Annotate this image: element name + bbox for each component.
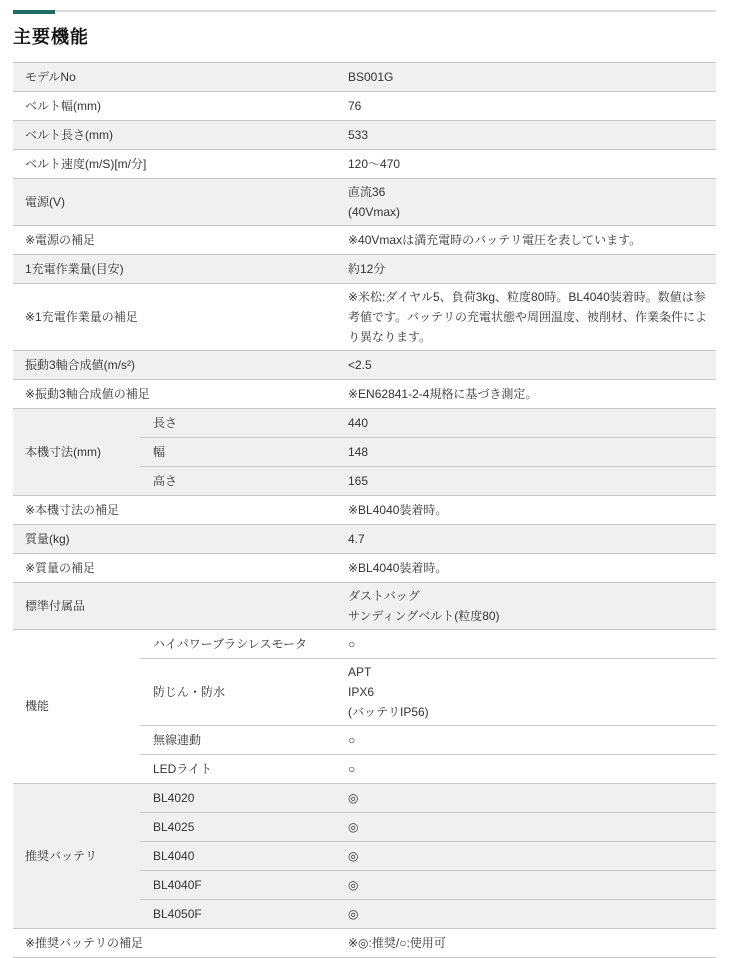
title-rule-gray-line bbox=[13, 10, 716, 12]
row-value-line: 165 bbox=[348, 471, 708, 491]
row-label: ※電源の補足 bbox=[13, 226, 348, 254]
spec-row: モデルNoBS001G bbox=[13, 62, 716, 91]
row-value: 148 bbox=[348, 438, 716, 466]
spec-row: ※電源の補足※40Vmaxは満充電時のバッテリ電圧を表しています。 bbox=[13, 225, 716, 254]
spec-row: ※本機寸法の補足※BL4040装着時。 bbox=[13, 495, 716, 524]
row-value-line: 4.7 bbox=[348, 529, 708, 549]
row-value-line: ※◎:推奨/○:使用可 bbox=[348, 933, 708, 953]
row-label: ※振動3軸合成値の補足 bbox=[13, 380, 348, 408]
spec-row: ※質量の補足※BL4040装着時。 bbox=[13, 553, 716, 582]
row-value-line: 120〜470 bbox=[348, 154, 708, 174]
spec-subrow: BL4025◎ bbox=[140, 812, 716, 841]
row-value-line: 440 bbox=[348, 413, 708, 433]
subrow-label: 幅 bbox=[140, 438, 348, 466]
spec-row: ベルト速度(m/S)[m/分]120〜470 bbox=[13, 149, 716, 178]
row-label: ベルト長さ(mm) bbox=[13, 121, 348, 149]
row-value-line: <2.5 bbox=[348, 355, 708, 375]
spec-row: 振動3軸合成値(m/s²)<2.5 bbox=[13, 350, 716, 379]
subrow-label: BL4040F bbox=[140, 871, 348, 899]
row-value-line: ※40Vmaxは満充電時のバッテリ電圧を表しています。 bbox=[348, 230, 708, 250]
subrow-label: 高さ bbox=[140, 467, 348, 495]
subrow-label: BL4020 bbox=[140, 784, 348, 812]
spec-subrow: BL4040◎ bbox=[140, 841, 716, 870]
row-value-line: IPX6 bbox=[348, 682, 708, 702]
row-value-line: 148 bbox=[348, 442, 708, 462]
row-value-line: ○ bbox=[348, 759, 708, 779]
spec-page: 主要機能 モデルNoBS001Gベルト幅(mm)76ベルト長さ(mm)533ベル… bbox=[0, 10, 729, 958]
row-value: 165 bbox=[348, 467, 716, 495]
spec-row: 機能ハイパワーブラシレスモータ○防じん・防水APTIPX6(バッテリIP56)無… bbox=[13, 629, 716, 783]
row-value-line: ※米松:ダイヤル5、負荷3kg、粒度80時。BL4040装着時。数値は参考値です… bbox=[348, 287, 708, 347]
row-value: ※◎:推奨/○:使用可 bbox=[348, 929, 716, 957]
row-value-line: サンディングベルト(粒度80) bbox=[348, 606, 708, 626]
spec-row: ベルト幅(mm)76 bbox=[13, 91, 716, 120]
row-label: 標準付属品 bbox=[13, 583, 348, 629]
row-value: 120〜470 bbox=[348, 150, 716, 178]
row-value-line: ◎ bbox=[348, 788, 708, 808]
row-value: ※BL4040装着時。 bbox=[348, 554, 716, 582]
row-value-line: APT bbox=[348, 662, 708, 682]
spec-subrow: 防じん・防水APTIPX6(バッテリIP56) bbox=[140, 658, 716, 725]
row-value: APTIPX6(バッテリIP56) bbox=[348, 659, 716, 725]
row-value: 直流36(40Vmax) bbox=[348, 179, 716, 225]
row-label: ※質量の補足 bbox=[13, 554, 348, 582]
row-value: BS001G bbox=[348, 63, 716, 91]
row-value-line: ◎ bbox=[348, 875, 708, 895]
spec-subrow: 長さ440 bbox=[140, 409, 716, 437]
row-value-line: 533 bbox=[348, 125, 708, 145]
row-label: 本機寸法(mm) bbox=[13, 409, 140, 495]
subrows: BL4020◎BL4025◎BL4040◎BL4040F◎BL4050F◎ bbox=[140, 784, 716, 928]
spec-subrow: BL4040F◎ bbox=[140, 870, 716, 899]
subrow-label: BL4025 bbox=[140, 813, 348, 841]
row-value: ◎ bbox=[348, 813, 716, 841]
row-value-line: ◎ bbox=[348, 904, 708, 924]
row-value: ※40Vmaxは満充電時のバッテリ電圧を表しています。 bbox=[348, 226, 716, 254]
spec-row: ※1充電作業量の補足※米松:ダイヤル5、負荷3kg、粒度80時。BL4040装着… bbox=[13, 283, 716, 350]
row-value-line: 約12分 bbox=[348, 259, 708, 279]
row-label: 推奨バッテリ bbox=[13, 784, 140, 928]
title-rule bbox=[13, 10, 716, 14]
row-value-line: (バッテリIP56) bbox=[348, 702, 708, 722]
row-label: 1充電作業量(目安) bbox=[13, 255, 348, 283]
row-value: ○ bbox=[348, 726, 716, 754]
row-value: 76 bbox=[348, 92, 716, 120]
spec-subrow: BL4020◎ bbox=[140, 784, 716, 812]
spec-row: 標準付属品ダストバッグサンディングベルト(粒度80) bbox=[13, 582, 716, 629]
subrow-label: BL4050F bbox=[140, 900, 348, 928]
row-value-line: ダストバッグ bbox=[348, 586, 708, 606]
spec-row: 推奨バッテリBL4020◎BL4025◎BL4040◎BL4040F◎BL405… bbox=[13, 783, 716, 928]
spec-subrow: 無線連動○ bbox=[140, 725, 716, 754]
spec-subrow: LEDライト○ bbox=[140, 754, 716, 783]
subrow-label: 長さ bbox=[140, 409, 348, 437]
spec-subrow: ハイパワーブラシレスモータ○ bbox=[140, 630, 716, 658]
spec-table: モデルNoBS001Gベルト幅(mm)76ベルト長さ(mm)533ベルト速度(m… bbox=[13, 62, 716, 958]
subrow-label: LEDライト bbox=[140, 755, 348, 783]
row-value: ※EN62841-2-4規格に基づき測定。 bbox=[348, 380, 716, 408]
spec-row: 1充電作業量(目安)約12分 bbox=[13, 254, 716, 283]
spec-row: 質量(kg)4.7 bbox=[13, 524, 716, 553]
row-value: 533 bbox=[348, 121, 716, 149]
subrow-label: 防じん・防水 bbox=[140, 659, 348, 725]
row-value: ※米松:ダイヤル5、負荷3kg、粒度80時。BL4040装着時。数値は参考値です… bbox=[348, 284, 716, 350]
row-label: モデルNo bbox=[13, 63, 348, 91]
row-value-line: 直流36 bbox=[348, 182, 708, 202]
row-label: ※推奨バッテリの補足 bbox=[13, 929, 348, 957]
row-value: 約12分 bbox=[348, 255, 716, 283]
row-label: 振動3軸合成値(m/s²) bbox=[13, 351, 348, 379]
row-label: 質量(kg) bbox=[13, 525, 348, 553]
row-value-line: ※EN62841-2-4規格に基づき測定。 bbox=[348, 384, 708, 404]
row-value-line: ◎ bbox=[348, 846, 708, 866]
row-label: 電源(V) bbox=[13, 179, 348, 225]
row-value: ※BL4040装着時。 bbox=[348, 496, 716, 524]
row-value: 440 bbox=[348, 409, 716, 437]
spec-row: 電源(V)直流36(40Vmax) bbox=[13, 178, 716, 225]
row-label: ※1充電作業量の補足 bbox=[13, 284, 348, 350]
spec-subrow: 幅148 bbox=[140, 437, 716, 466]
spec-subrow: 高さ165 bbox=[140, 466, 716, 495]
subrow-label: 無線連動 bbox=[140, 726, 348, 754]
row-label: 機能 bbox=[13, 630, 140, 783]
row-value: ◎ bbox=[348, 900, 716, 928]
row-value-line: (40Vmax) bbox=[348, 202, 708, 222]
page-title: 主要機能 bbox=[13, 23, 716, 49]
subrow-label: BL4040 bbox=[140, 842, 348, 870]
subrows: 長さ440幅148高さ165 bbox=[140, 409, 716, 495]
spec-row: 本機寸法(mm)長さ440幅148高さ165 bbox=[13, 408, 716, 495]
row-label: ベルト速度(m/S)[m/分] bbox=[13, 150, 348, 178]
subrow-label: ハイパワーブラシレスモータ bbox=[140, 630, 348, 658]
row-value-line: 76 bbox=[348, 96, 708, 116]
row-value: 4.7 bbox=[348, 525, 716, 553]
spec-row: ※推奨バッテリの補足※◎:推奨/○:使用可 bbox=[13, 928, 716, 957]
row-value: ○ bbox=[348, 755, 716, 783]
row-label: ※本機寸法の補足 bbox=[13, 496, 348, 524]
row-value: ◎ bbox=[348, 871, 716, 899]
row-value: ◎ bbox=[348, 784, 716, 812]
row-value-line: ※BL4040装着時。 bbox=[348, 500, 708, 520]
row-value-line: BS001G bbox=[348, 67, 708, 87]
row-value-line: ○ bbox=[348, 730, 708, 750]
row-value-line: ※BL4040装着時。 bbox=[348, 558, 708, 578]
spec-subrow: BL4050F◎ bbox=[140, 899, 716, 928]
row-value: ダストバッグサンディングベルト(粒度80) bbox=[348, 583, 716, 629]
row-label: ベルト幅(mm) bbox=[13, 92, 348, 120]
row-value: <2.5 bbox=[348, 351, 716, 379]
row-value: ○ bbox=[348, 630, 716, 658]
subrows: ハイパワーブラシレスモータ○防じん・防水APTIPX6(バッテリIP56)無線連… bbox=[140, 630, 716, 783]
row-value-line: ○ bbox=[348, 634, 708, 654]
row-value: ◎ bbox=[348, 842, 716, 870]
spec-row: ベルト長さ(mm)533 bbox=[13, 120, 716, 149]
spec-row: ※振動3軸合成値の補足※EN62841-2-4規格に基づき測定。 bbox=[13, 379, 716, 408]
title-rule-accent-bar bbox=[13, 10, 55, 14]
row-value-line: ◎ bbox=[348, 817, 708, 837]
